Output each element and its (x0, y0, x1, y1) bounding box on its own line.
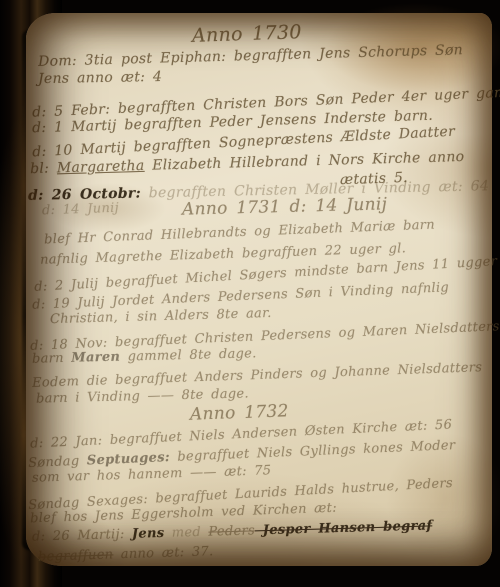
crossed-out-overwrite: Jesper Hansen begraf (255, 518, 433, 538)
record-text: anno æt: 37. (113, 544, 214, 562)
record-text: gammel 8te dage. (120, 346, 257, 364)
crossed-out-word: begraffuen (38, 547, 114, 564)
record-line: barn Maren gammel 8te dage. (32, 347, 257, 365)
register-page: Anno 1730 Dom: 3tia post Epiphan: begraf… (26, 13, 492, 566)
record-text: med (164, 525, 209, 541)
record-line: Dom: 3tia post Epiphan: begrafften Jens … (38, 43, 463, 69)
ghost-text: d: 14 Junij (42, 202, 119, 218)
crossed-out-word: Peders (208, 523, 255, 539)
underlined-name: Margaretha (57, 158, 145, 176)
overwritten-word: Septuages: (87, 450, 171, 468)
year-header-1730: Anno 1730 (192, 23, 302, 46)
record-line: begraffuen anno æt: 37. (38, 545, 214, 564)
year-header-1732: Anno 1732 (190, 403, 289, 423)
record-line: Eodem die begraffuet Anders Pinders og J… (32, 361, 483, 390)
manuscript-photo: Anno 1730 Dom: 3tia post Epiphan: begraf… (0, 0, 500, 587)
record-text: d: 26 Martij: (32, 527, 132, 545)
record-text: Elizabeth Hillebrand i Nors Kirche anno (144, 149, 464, 174)
record-text: barn (32, 351, 72, 367)
record-text: bl: (30, 160, 57, 177)
overwritten-name: Jens (132, 526, 165, 542)
year-header-1731: Anno 1731 d: 14 Junij (182, 196, 388, 218)
record-line: Jens anno æt: 4 (38, 70, 162, 86)
overwritten-name: Maren (71, 350, 120, 366)
